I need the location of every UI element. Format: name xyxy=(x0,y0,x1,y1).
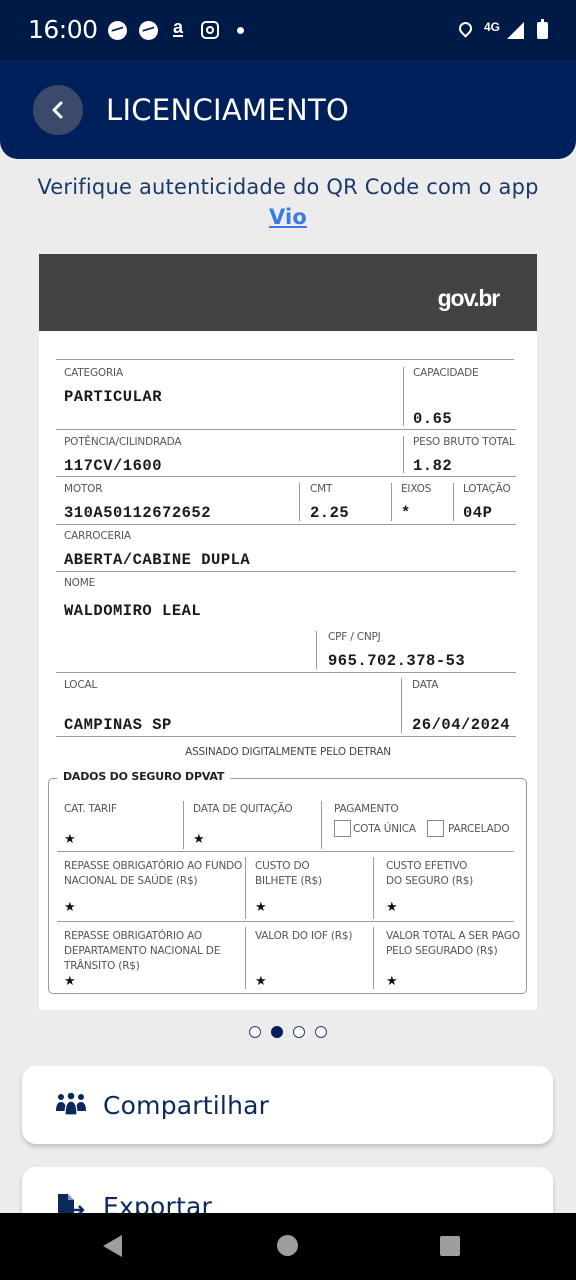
cpf-label: CPF / CNPJ xyxy=(328,631,381,643)
capacidade-value: 0.65 xyxy=(413,410,452,428)
divider xyxy=(403,367,404,426)
divider xyxy=(56,571,516,572)
divider xyxy=(245,927,246,989)
nome-value: WALDOMIRO LEAL xyxy=(64,602,201,620)
back-button[interactable] xyxy=(33,85,83,135)
page-dot-active[interactable] xyxy=(271,1026,283,1038)
data-quitacao-value: ★ xyxy=(193,831,205,847)
peso-label: PESO BRUTO TOTAL xyxy=(413,436,515,448)
valor-total-value: ★ xyxy=(386,973,398,989)
cmt-value: 2.25 xyxy=(310,504,349,522)
divider xyxy=(56,524,516,525)
document-header: gov.br xyxy=(39,254,537,331)
potencia-label: POTÊNCIA/CILINDRADA xyxy=(64,436,181,448)
repasse-fns-value: ★ xyxy=(64,899,76,915)
eixos-label: EIXOS xyxy=(401,483,431,495)
categoria-label: CATEGORIA xyxy=(64,367,123,379)
network-type: 4G xyxy=(484,17,500,37)
page-dot[interactable] xyxy=(315,1026,327,1038)
screen: 16:00 a 4G LICENCIAMENTO Verifique auten… xyxy=(0,0,576,1280)
license-document[interactable]: gov.br CATEGORIA PARTICULAR CAPACIDADE 0… xyxy=(39,254,537,1010)
divider xyxy=(373,927,374,989)
custo-efetivo-value: ★ xyxy=(386,899,398,915)
potencia-value: 117CV/1600 xyxy=(64,457,162,475)
cat-tarif-value: ★ xyxy=(64,831,76,847)
divider xyxy=(321,801,322,849)
eixos-value: * xyxy=(401,504,411,522)
divider xyxy=(299,483,300,521)
parcelado-checkbox[interactable] xyxy=(427,820,444,837)
share-button[interactable]: Compartilhar xyxy=(22,1066,553,1144)
carroceria-value: ABERTA/CABINE DUPLA xyxy=(64,551,250,569)
nome-label: NOME xyxy=(64,577,95,589)
divider xyxy=(453,483,454,521)
status-bar: 16:00 a 4G xyxy=(0,0,576,60)
messenger-icon xyxy=(108,21,127,40)
custo-bilhete-label: CUSTO DO BILHETE (R$) xyxy=(255,859,335,889)
lotacao-value: 04P xyxy=(463,504,492,522)
verify-qr-message: Verifique autenticidade do QR Code com o… xyxy=(0,172,576,232)
nav-back-icon[interactable] xyxy=(103,1235,122,1257)
local-value: CAMPINAS SP xyxy=(64,716,172,734)
signed-by-detran: ASSINADO DIGITALMENTE PELO DETRAN xyxy=(39,746,537,758)
pagamento-label: PAGAMENTO xyxy=(334,803,398,815)
carroceria-label: CARROCERIA xyxy=(64,530,131,542)
divider xyxy=(183,801,184,849)
nav-recents-icon[interactable] xyxy=(440,1236,460,1256)
valor-total-label: VALOR TOTAL A SER PAGO PELO SEGURADO (R$… xyxy=(386,929,526,959)
amazon-icon: a xyxy=(173,19,183,37)
custo-bilhete-value: ★ xyxy=(255,899,267,915)
local-label: LOCAL xyxy=(64,679,97,691)
battery-icon xyxy=(537,22,548,39)
divider xyxy=(57,921,514,922)
cmt-label: CMT xyxy=(310,483,332,495)
page-title: LICENCIAMENTO xyxy=(106,93,349,127)
divider xyxy=(391,483,392,521)
page-indicator xyxy=(0,1026,576,1038)
data-label: DATA xyxy=(412,679,438,691)
messenger-icon xyxy=(139,21,158,40)
data-quitacao-label: DATA DE QUITAÇÃO xyxy=(193,803,292,815)
valor-iof-value: ★ xyxy=(255,973,267,989)
divider xyxy=(56,429,516,430)
data-value: 26/04/2024 xyxy=(412,716,510,734)
custo-efetivo-label: CUSTO EFETIVO DO SEGURO (R$) xyxy=(386,859,476,889)
dpvat-title: DADOS DO SEGURO DPVAT xyxy=(57,770,230,783)
cota-unica-label: COTA ÚNICA xyxy=(353,823,416,835)
divider xyxy=(56,672,516,673)
peso-value: 1.82 xyxy=(413,457,452,475)
divider xyxy=(56,359,514,360)
divider xyxy=(245,857,246,919)
people-group-icon xyxy=(55,1091,87,1119)
chevron-left-icon xyxy=(49,101,67,119)
app-header: LICENCIAMENTO xyxy=(0,60,576,159)
repasse-denatran-label: REPASSE OBRIGATÓRIO AO DEPARTAMENTO NACI… xyxy=(64,929,234,974)
dpvat-section: DADOS DO SEGURO DPVAT CAT. TARIF ★ DATA … xyxy=(48,778,527,994)
vio-app-link[interactable]: Vio xyxy=(269,205,307,229)
instagram-icon xyxy=(201,21,219,39)
cat-tarif-label: CAT. TARIF xyxy=(64,803,117,815)
verify-text: Verifique autenticidade do QR Code com o… xyxy=(0,172,576,202)
repasse-fns-label: REPASSE OBRIGATÓRIO AO FUNDO NACIONAL DE… xyxy=(64,859,244,889)
page-dot[interactable] xyxy=(249,1026,261,1038)
more-notifications-dot-icon xyxy=(237,27,244,34)
divider xyxy=(56,736,516,737)
signal-icon xyxy=(507,22,524,39)
nav-home-icon[interactable] xyxy=(277,1235,298,1256)
categoria-value: PARTICULAR xyxy=(64,388,162,406)
page-dot[interactable] xyxy=(293,1026,305,1038)
divider xyxy=(403,436,404,473)
cpf-value: 965.702.378-53 xyxy=(328,652,465,670)
divider xyxy=(57,851,514,852)
motor-label: MOTOR xyxy=(64,483,102,495)
capacidade-label: CAPACIDADE xyxy=(413,367,478,379)
status-time: 16:00 xyxy=(28,15,98,44)
parcelado-label: PARCELADO xyxy=(448,823,509,835)
location-icon xyxy=(456,19,474,37)
valor-iof-label: VALOR DO IOF (R$) xyxy=(255,929,370,944)
divider xyxy=(316,631,317,669)
divider xyxy=(401,678,402,733)
lotacao-label: LOTAÇÃO xyxy=(463,483,511,495)
share-label: Compartilhar xyxy=(103,1091,269,1120)
divider xyxy=(373,857,374,919)
repasse-denatran-value: ★ xyxy=(64,973,76,989)
divider xyxy=(56,476,516,477)
system-nav-bar xyxy=(0,1213,576,1280)
motor-value: 310A50112672652 xyxy=(64,504,211,522)
cota-unica-checkbox[interactable] xyxy=(334,820,351,837)
govbr-logo: gov.br xyxy=(438,285,499,312)
